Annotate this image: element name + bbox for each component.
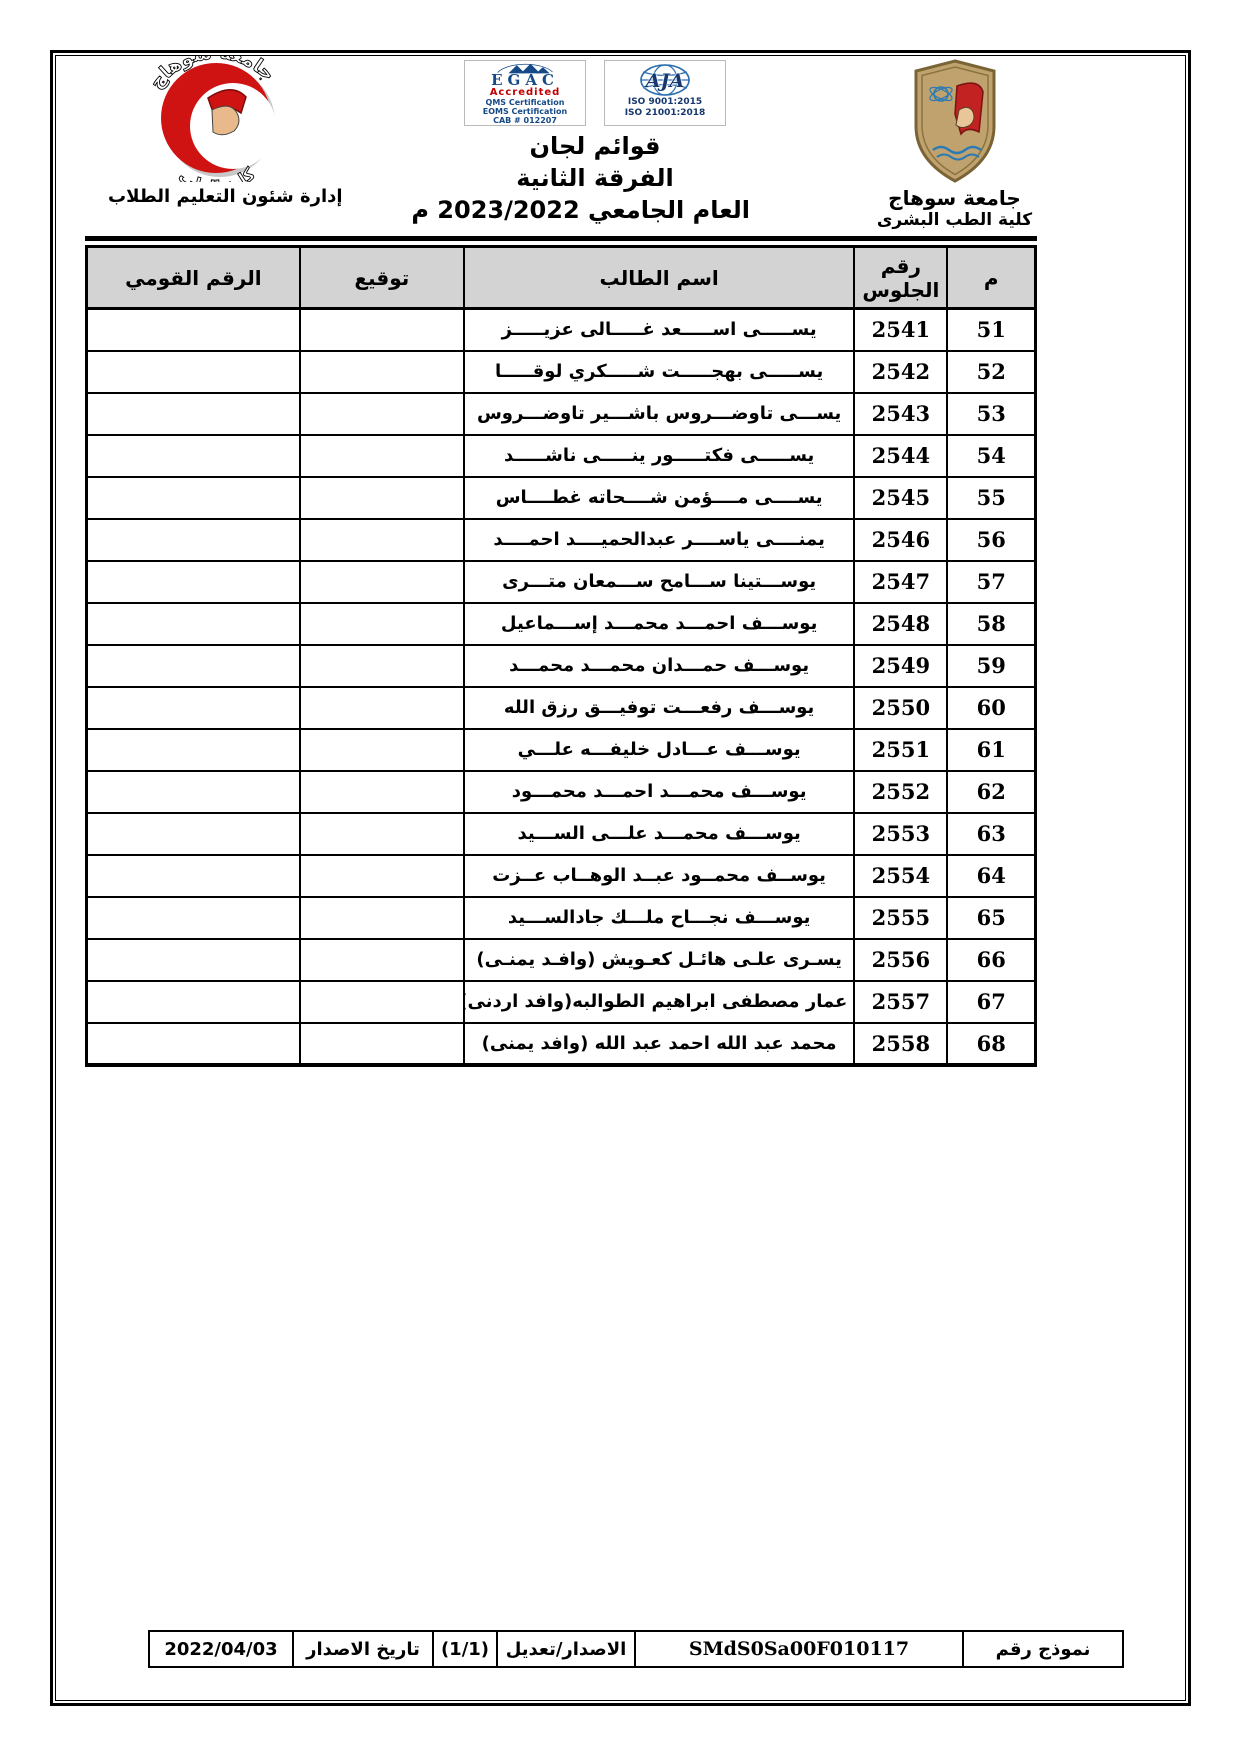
index-cell: 55 (947, 477, 1035, 519)
aja-iso-line: ISO 9001:2015 (628, 97, 702, 108)
signature-cell (300, 687, 464, 729)
seat-number-cell: 2542 (854, 351, 947, 393)
index-cell: 54 (947, 435, 1035, 477)
student-row: 572547يوســـتينا ســـامح ســـمعان متـــر… (87, 561, 1036, 603)
student-row: 622552يوســـف محمـــد احمـــد محمـــود (87, 771, 1036, 813)
signature-cell (300, 435, 464, 477)
signature-cell (300, 519, 464, 561)
students-table-body: 512541يســـــى اســـــعد غـــــالى عزيــ… (87, 309, 1036, 1065)
student-name-cell: يوســـف احمـــد محمـــد إســـماعيل (464, 603, 854, 645)
egac-cert-line: QMS Certification (486, 98, 565, 107)
index-cell: 68 (947, 1023, 1035, 1065)
student-row: 682558محمد عبد الله احمد عبد الله (وافد … (87, 1023, 1036, 1065)
signature-cell (300, 939, 464, 981)
seat-number-cell: 2546 (854, 519, 947, 561)
student-row: 592549يوســـف حمـــدان محمـــد محمـــد (87, 645, 1036, 687)
student-row: 562546يمنــــى ياســــر عبدالحميــــد اح… (87, 519, 1036, 561)
national-id-cell (87, 477, 300, 519)
title-line-grade: الفرقة الثانية (440, 162, 750, 194)
aja-logo: AJA ISO 9001:2015 ISO 21001:2018 (604, 60, 726, 126)
national-id-cell (87, 855, 300, 897)
col-header-seat-number: رقم الجلوس (854, 247, 947, 309)
national-id-cell (87, 519, 300, 561)
student-row: 642554يوســف محمــود عبــد الوهــاب عــز… (87, 855, 1036, 897)
index-cell: 59 (947, 645, 1035, 687)
egac-logo: EGAC Accredited QMS Certification EOMS C… (464, 60, 586, 126)
student-name-cell: يســـى تاوضـــروس باشـــير تاوضـــروس (464, 393, 854, 435)
seat-number-cell: 2544 (854, 435, 947, 477)
signature-cell (300, 1023, 464, 1065)
pharaoh-profile-shape (956, 107, 974, 127)
student-name-cell: يســـــى فكتـــــور ينـــــى ناشـــــد (464, 435, 854, 477)
title-line-committees: قوائم لجان (440, 130, 750, 162)
issue-date-value: 2022/04/03 (150, 1632, 292, 1666)
university-shield-icon (907, 58, 1003, 184)
student-name-cell: يوســف محمــود عبــد الوهــاب عــزت (464, 855, 854, 897)
signature-cell (300, 477, 464, 519)
student-row: 632553يوســـف محمـــد علـــى الســـيد (87, 813, 1036, 855)
seat-number-cell: 2541 (854, 309, 947, 351)
student-row: 582548يوســـف احمـــد محمـــد إســـماعيل (87, 603, 1036, 645)
faculty-name: كلية الطب البشرى (862, 210, 1047, 230)
national-id-cell (87, 393, 300, 435)
national-id-cell (87, 981, 300, 1023)
national-id-cell (87, 771, 300, 813)
national-id-cell (87, 939, 300, 981)
student-name-cell: يوســـتينا ســـامح ســـمعان متـــرى (464, 561, 854, 603)
index-cell: 67 (947, 981, 1035, 1023)
seat-number-cell: 2557 (854, 981, 947, 1023)
student-name-cell: يوســـف محمـــد احمـــد محمـــود (464, 771, 854, 813)
student-name-cell: يســـــى بهجـــــت شـــــكري لوقـــــا (464, 351, 854, 393)
student-row: 652555يوســـف نجـــاح ملـــك جادالســـيد (87, 897, 1036, 939)
seat-number-cell: 2553 (854, 813, 947, 855)
signature-cell (300, 645, 464, 687)
student-name-cell: يوســـف نجـــاح ملـــك جادالســـيد (464, 897, 854, 939)
faculty-logo-block: جامعة سوهاج كلية الطب إدارة شئون التعليم… (108, 56, 323, 207)
national-id-cell (87, 729, 300, 771)
signature-cell (300, 855, 464, 897)
signature-cell (300, 393, 464, 435)
signature-cell (300, 771, 464, 813)
egac-accredited-text: Accredited (490, 87, 561, 98)
issue-revision-value: (1/1) (432, 1632, 496, 1666)
index-cell: 64 (947, 855, 1035, 897)
national-id-cell (87, 309, 300, 351)
egac-cert-line: EOMS Certification (483, 107, 567, 116)
egac-cert-line: CAB # 012207 (493, 116, 557, 125)
student-row: 542544يســـــى فكتـــــور ينـــــى ناشــ… (87, 435, 1036, 477)
seat-number-cell: 2548 (854, 603, 947, 645)
title-line-academic-year: العام الجامعي 2023/2022 م (440, 194, 750, 226)
index-cell: 52 (947, 351, 1035, 393)
national-id-cell (87, 897, 300, 939)
aja-iso-line: ISO 21001:2018 (625, 108, 706, 119)
index-cell: 66 (947, 939, 1035, 981)
seat-number-cell: 2558 (854, 1023, 947, 1065)
pharaoh-face-shape (212, 106, 239, 135)
university-logo-block: جامعة سوهاج كلية الطب البشرى (862, 58, 1047, 230)
form-code-value: SMdS0Sa00F010117 (634, 1632, 962, 1666)
index-cell: 57 (947, 561, 1035, 603)
student-name-cell: يســــى مــــؤمن شــــحاته غطــــاس (464, 477, 854, 519)
issue-revision-label: الاصدار/تعديل (496, 1632, 634, 1666)
student-row: 602550يوســـف رفعـــت توفيـــق رزق الله (87, 687, 1036, 729)
signature-cell (300, 981, 464, 1023)
signature-cell (300, 351, 464, 393)
col-header-student-name: اسم الطالب (464, 247, 854, 309)
seat-number-cell: 2543 (854, 393, 947, 435)
student-name-cell: يســـــى اســـــعد غـــــالى عزيـــــز (464, 309, 854, 351)
national-id-cell (87, 603, 300, 645)
seat-number-cell: 2547 (854, 561, 947, 603)
seat-number-cell: 2551 (854, 729, 947, 771)
signature-cell (300, 729, 464, 771)
index-cell: 61 (947, 729, 1035, 771)
col-header-national-id: الرقم القومي (87, 247, 300, 309)
certification-logos-row: EGAC Accredited QMS Certification EOMS C… (440, 60, 750, 126)
seat-number-cell: 2552 (854, 771, 947, 813)
egac-name-text: EGAC (491, 74, 559, 87)
student-name-cell: يسـرى علـى هائـل كعـويش (وافـد يمنـى) (464, 939, 854, 981)
form-info-footer: نموذج رقم SMdS0Sa00F010117 الاصدار/تعديل… (148, 1630, 1124, 1668)
national-id-cell (87, 435, 300, 477)
seat-number-cell: 2550 (854, 687, 947, 729)
index-cell: 60 (947, 687, 1035, 729)
index-cell: 51 (947, 309, 1035, 351)
student-name-cell: يوســـف عـــادل خليفـــه علـــي (464, 729, 854, 771)
student-name-cell: عمار مصطفى ابراهيم الطوالبه(وافد اردنى) (464, 981, 854, 1023)
student-name-cell: يوســـف محمـــد علـــى الســـيد (464, 813, 854, 855)
index-cell: 65 (947, 897, 1035, 939)
university-name: جامعة سوهاج (862, 186, 1047, 210)
faculty-crescent-logo-icon: جامعة سوهاج كلية الطب (116, 56, 316, 182)
national-id-cell (87, 645, 300, 687)
index-cell: 53 (947, 393, 1035, 435)
students-table: م رقم الجلوس اسم الطالب توقيع الرقم القو… (85, 245, 1037, 1067)
student-education-admin-label: إدارة شئون التعليم الطلاب (108, 186, 323, 207)
student-row: 612551يوســـف عـــادل خليفـــه علـــي (87, 729, 1036, 771)
student-name-cell: يمنــــى ياســــر عبدالحميــــد احمــــد (464, 519, 854, 561)
national-id-cell (87, 351, 300, 393)
student-name-cell: محمد عبد الله احمد عبد الله (وافد يمنى) (464, 1023, 854, 1065)
national-id-cell (87, 561, 300, 603)
student-name-cell: يوســـف حمـــدان محمـــد محمـــد (464, 645, 854, 687)
signature-cell (300, 813, 464, 855)
signature-cell (300, 561, 464, 603)
student-name-cell: يوســـف رفعـــت توفيـــق رزق الله (464, 687, 854, 729)
document-page: جامعة سوهاج كلية الطب إدارة شئون التعليم… (0, 0, 1241, 1754)
student-row: 662556يسـرى علـى هائـل كعـويش (وافـد يمن… (87, 939, 1036, 981)
table-top-rule (85, 236, 1037, 241)
seat-number-cell: 2555 (854, 897, 947, 939)
student-row: 532543يســـى تاوضـــروس باشـــير تاوضـــ… (87, 393, 1036, 435)
issue-date-label: تاريخ الاصدار (292, 1632, 432, 1666)
col-header-signature: توقيع (300, 247, 464, 309)
col-header-index: م (947, 247, 1035, 309)
national-id-cell (87, 687, 300, 729)
student-row: 552545يســــى مــــؤمن شــــحاته غطــــا… (87, 477, 1036, 519)
table-header-row: م رقم الجلوس اسم الطالب توقيع الرقم القو… (87, 247, 1036, 309)
national-id-cell (87, 1023, 300, 1065)
aja-name-text: AJA (646, 70, 684, 92)
student-row: 512541يســـــى اســـــعد غـــــالى عزيــ… (87, 309, 1036, 351)
seat-number-cell: 2549 (854, 645, 947, 687)
student-row: 522542يســـــى بهجـــــت شـــــكري لوقــ… (87, 351, 1036, 393)
signature-cell (300, 897, 464, 939)
index-cell: 62 (947, 771, 1035, 813)
header-center-block: EGAC Accredited QMS Certification EOMS C… (440, 60, 750, 226)
index-cell: 56 (947, 519, 1035, 561)
seat-number-cell: 2556 (854, 939, 947, 981)
aja-globe-wrap: AJA (605, 63, 725, 97)
index-cell: 58 (947, 603, 1035, 645)
document-title-block: قوائم لجان الفرقة الثانية العام الجامعي … (440, 130, 750, 226)
seat-number-cell: 2554 (854, 855, 947, 897)
national-id-cell (87, 813, 300, 855)
student-row: 672557عمار مصطفى ابراهيم الطوالبه(وافد ا… (87, 981, 1036, 1023)
form-number-label: نموذج رقم (962, 1632, 1122, 1666)
seat-number-cell: 2545 (854, 477, 947, 519)
signature-cell (300, 603, 464, 645)
index-cell: 63 (947, 813, 1035, 855)
signature-cell (300, 309, 464, 351)
